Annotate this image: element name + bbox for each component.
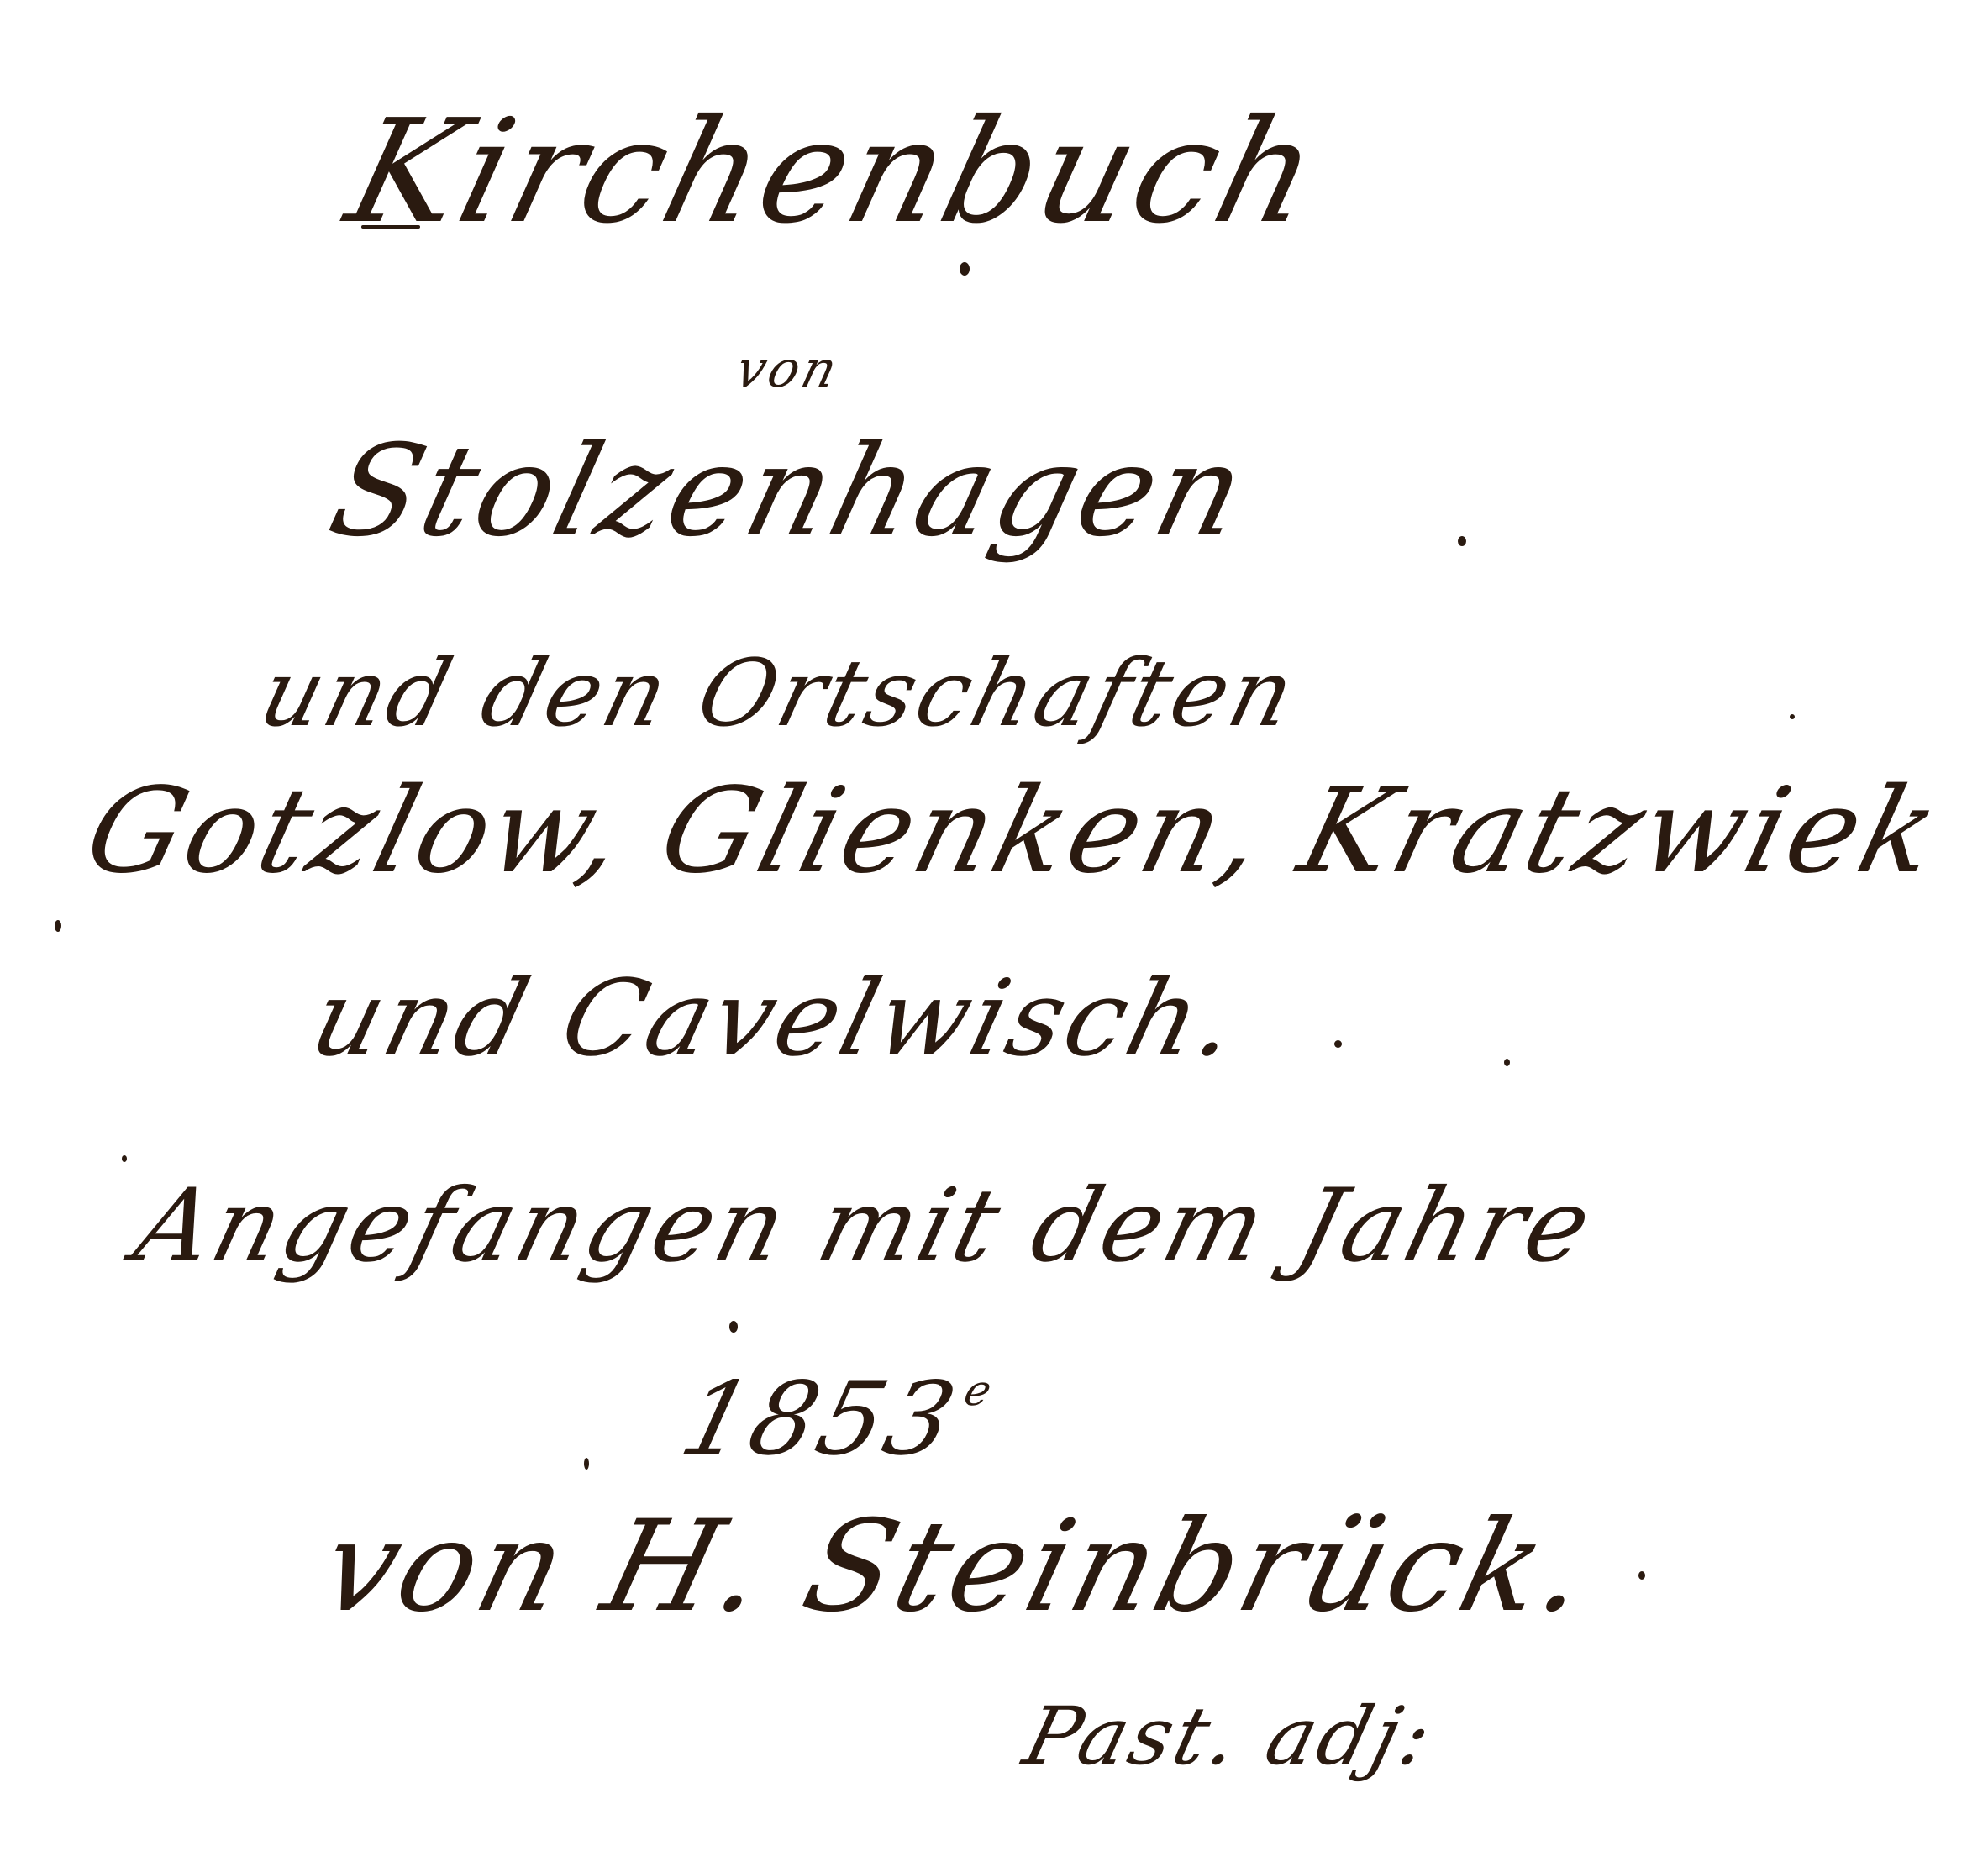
- ink-speck: [729, 1321, 738, 1333]
- word-von: von: [731, 344, 845, 395]
- title-flourish: [361, 225, 420, 229]
- line-angefangen: Angefangen mit dem Jahre: [126, 1176, 1603, 1277]
- ink-speck: [1790, 714, 1795, 719]
- ink-speck: [960, 262, 970, 276]
- signature-title: Past. adj:: [1017, 1697, 1442, 1777]
- year-value: 1853: [671, 1361, 970, 1478]
- title-kirchenbuch: Kirchenbuch: [336, 101, 1333, 244]
- line-und-den-ortschaften: und den Ortschaften: [252, 647, 1306, 739]
- ink-speck: [1334, 1040, 1342, 1048]
- ink-speck: [584, 1458, 589, 1470]
- village-list: Gotzlow, Glienken, Kratzwiek: [76, 773, 1952, 891]
- line-und-cavelwisch: und Cavelwisch.: [302, 966, 1250, 1071]
- year: 1853e: [672, 1370, 999, 1470]
- manuscript-page: Kirchenbuch von Stolzenhagen und den Ort…: [0, 0, 1988, 1867]
- ink-speck: [1458, 536, 1466, 546]
- ink-speck: [55, 920, 61, 932]
- parish-name: Stolzenhagen: [319, 429, 1260, 555]
- ink-speck: [1638, 1571, 1645, 1580]
- ink-speck: [1504, 1059, 1510, 1066]
- signature: von H. Steinbrück.: [311, 1504, 1603, 1630]
- ink-speck: [122, 1155, 127, 1162]
